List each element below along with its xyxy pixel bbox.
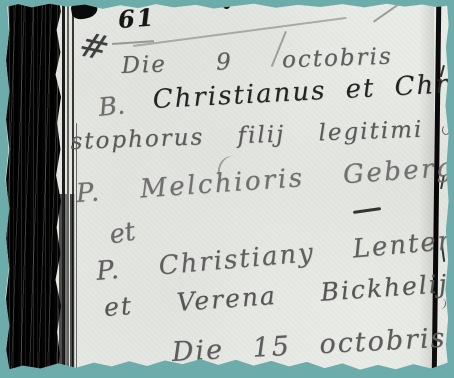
book-binding-shadow: [6, 0, 61, 373]
binding-fray-patch: [59, 194, 75, 370]
ink-blot: [70, 0, 99, 21]
manuscript-page: 61 # Die 9 octobris B. Christianus et Ch…: [5, 3, 449, 370]
stray-ink-mark: [442, 125, 450, 135]
pencil-scratch: [373, 0, 425, 23]
ink-dash: [353, 207, 381, 214]
margin-hash-mark: #: [73, 25, 115, 69]
scan-background: 61 # Die 9 octobris B. Christianus et Ch…: [0, 0, 454, 378]
stray-ink-mark: [436, 298, 447, 309]
handwriting-line-date-footer: Die 15 octobris: [171, 323, 447, 368]
ink-blot: [223, 3, 230, 9]
pencil-scratch: [133, 17, 346, 47]
handwriting-et: et: [107, 217, 138, 251]
page-number: 61: [117, 2, 156, 34]
handwriting-abbrev-b: B.: [97, 90, 126, 122]
handwriting-line-parent1: P. Melchioris Geberg: [75, 152, 454, 208]
binding-fray-line: [76, 123, 77, 370]
handwriting-line-names-2: stophorus filij legitimi: [70, 117, 424, 155]
